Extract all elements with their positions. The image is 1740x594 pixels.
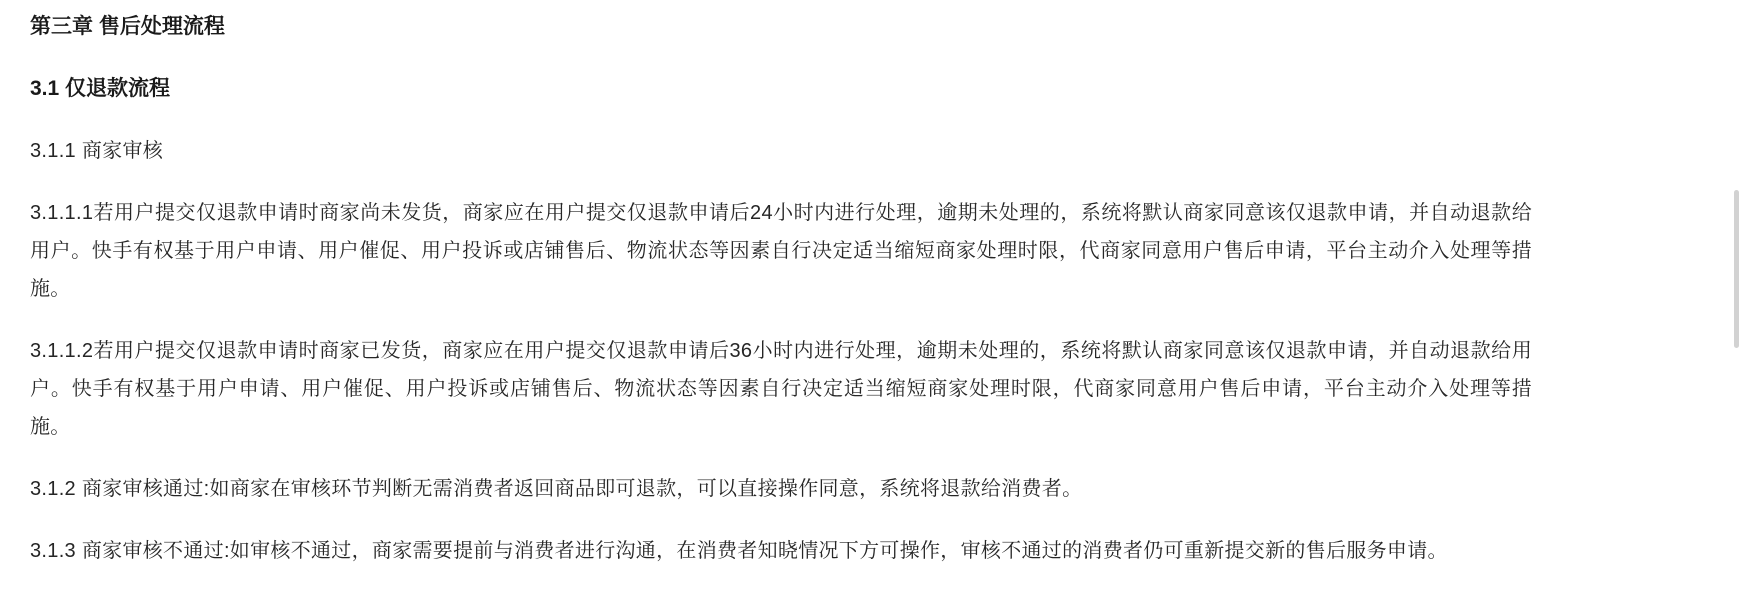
scrollbar-thumb[interactable] <box>1734 190 1739 348</box>
para-3-1-1-1-not-shipped: 3.1.1.1若用户提交仅退款申请时商家尚未发货，商家应在用户提交仅退款申请后2… <box>30 194 1532 308</box>
section-heading: 3.1 仅退款流程 <box>30 70 1532 108</box>
document-page: 第三章 售后处理流程 3.1 仅退款流程 3.1.1 商家审核 3.1.1.1若… <box>30 0 1532 528</box>
chapter-heading: 第三章 售后处理流程 <box>30 8 1532 46</box>
para-3-1-1-merchant-review: 3.1.1 商家审核 <box>30 132 1532 170</box>
para-3-1-1-2-shipped: 3.1.1.2若用户提交仅退款申请时商家已发货，商家应在用户提交仅退款申请后36… <box>30 332 1532 446</box>
para-3-1-2-review-approved: 3.1.2 商家审核通过:如商家在审核环节判断无需消费者返回商品即可退款，可以直… <box>30 470 1532 508</box>
